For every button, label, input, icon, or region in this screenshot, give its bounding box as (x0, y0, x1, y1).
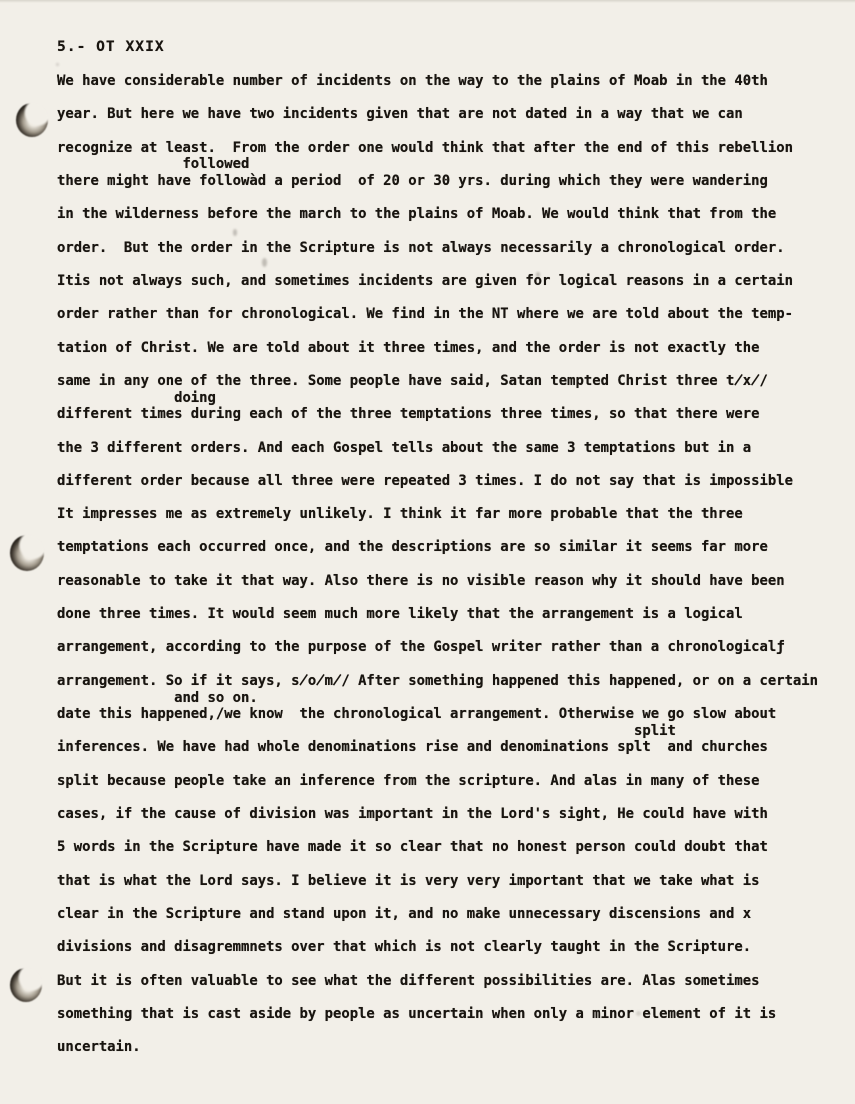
typed-line: arrangement, according to the purpose of… (57, 637, 785, 657)
typed-line: cases, if the cause of division was impo… (57, 804, 768, 824)
typed-line: that is what the Lord says. I believe it… (57, 871, 759, 891)
typed-line: temptations each occurred once, and the … (57, 537, 768, 557)
typed-line: It impresses me as extremely unlikely. I… (57, 504, 743, 524)
typed-line: tation of Christ. We are told about it t… (57, 338, 759, 358)
typed-line: different times during each of the three… (57, 404, 759, 424)
typed-line: clear in the Scripture and stand upon it… (57, 904, 751, 924)
typed-line: split because people take an inference f… (57, 771, 759, 791)
typed-line: the 3 different orders. And each Gospel … (57, 438, 751, 458)
typed-line: year. But here we have two incidents giv… (57, 104, 743, 124)
typed-line: Itis not always such, and sometimes inci… (57, 271, 793, 291)
hole-punch-shadow (10, 535, 44, 571)
typed-line: divisions and disagremmnets over that wh… (57, 937, 751, 957)
typed-line: We have considerable number of incidents… (57, 71, 768, 91)
typed-line: 5 words in the Scripture have made it so… (57, 837, 768, 857)
hole-punch-shadow (10, 968, 42, 1002)
scan-smudge (233, 229, 237, 236)
scan-smudge (636, 1011, 641, 1016)
page-header: 5.- OT XXIX (57, 37, 165, 57)
typed-line: different order because all three were r… (57, 471, 793, 491)
typed-line: inferences. We have had whole denominati… (57, 737, 768, 757)
typed-line: something that is cast aside by people a… (57, 1004, 776, 1024)
scan-smudge (56, 63, 59, 66)
typescript-page: 5.- OT XXIX We have considerable number … (0, 0, 855, 1104)
scan-smudge (536, 272, 540, 277)
scan-smudge (262, 258, 267, 267)
typed-line: order. But the order in the Scripture is… (57, 238, 785, 258)
typed-line: uncertain. (57, 1037, 141, 1057)
typed-line: in the wilderness before the march to th… (57, 204, 776, 224)
hole-punch-shadow (16, 103, 48, 137)
typed-line: order rather than for chronological. We … (57, 304, 793, 324)
typed-line: reasonable to take it that way. Also the… (57, 571, 785, 591)
typed-line: there might have followàd a period of 20… (57, 171, 768, 191)
typed-line: But it is often valuable to see what the… (57, 971, 759, 991)
typed-line: done three times. It would seem much mor… (57, 604, 743, 624)
